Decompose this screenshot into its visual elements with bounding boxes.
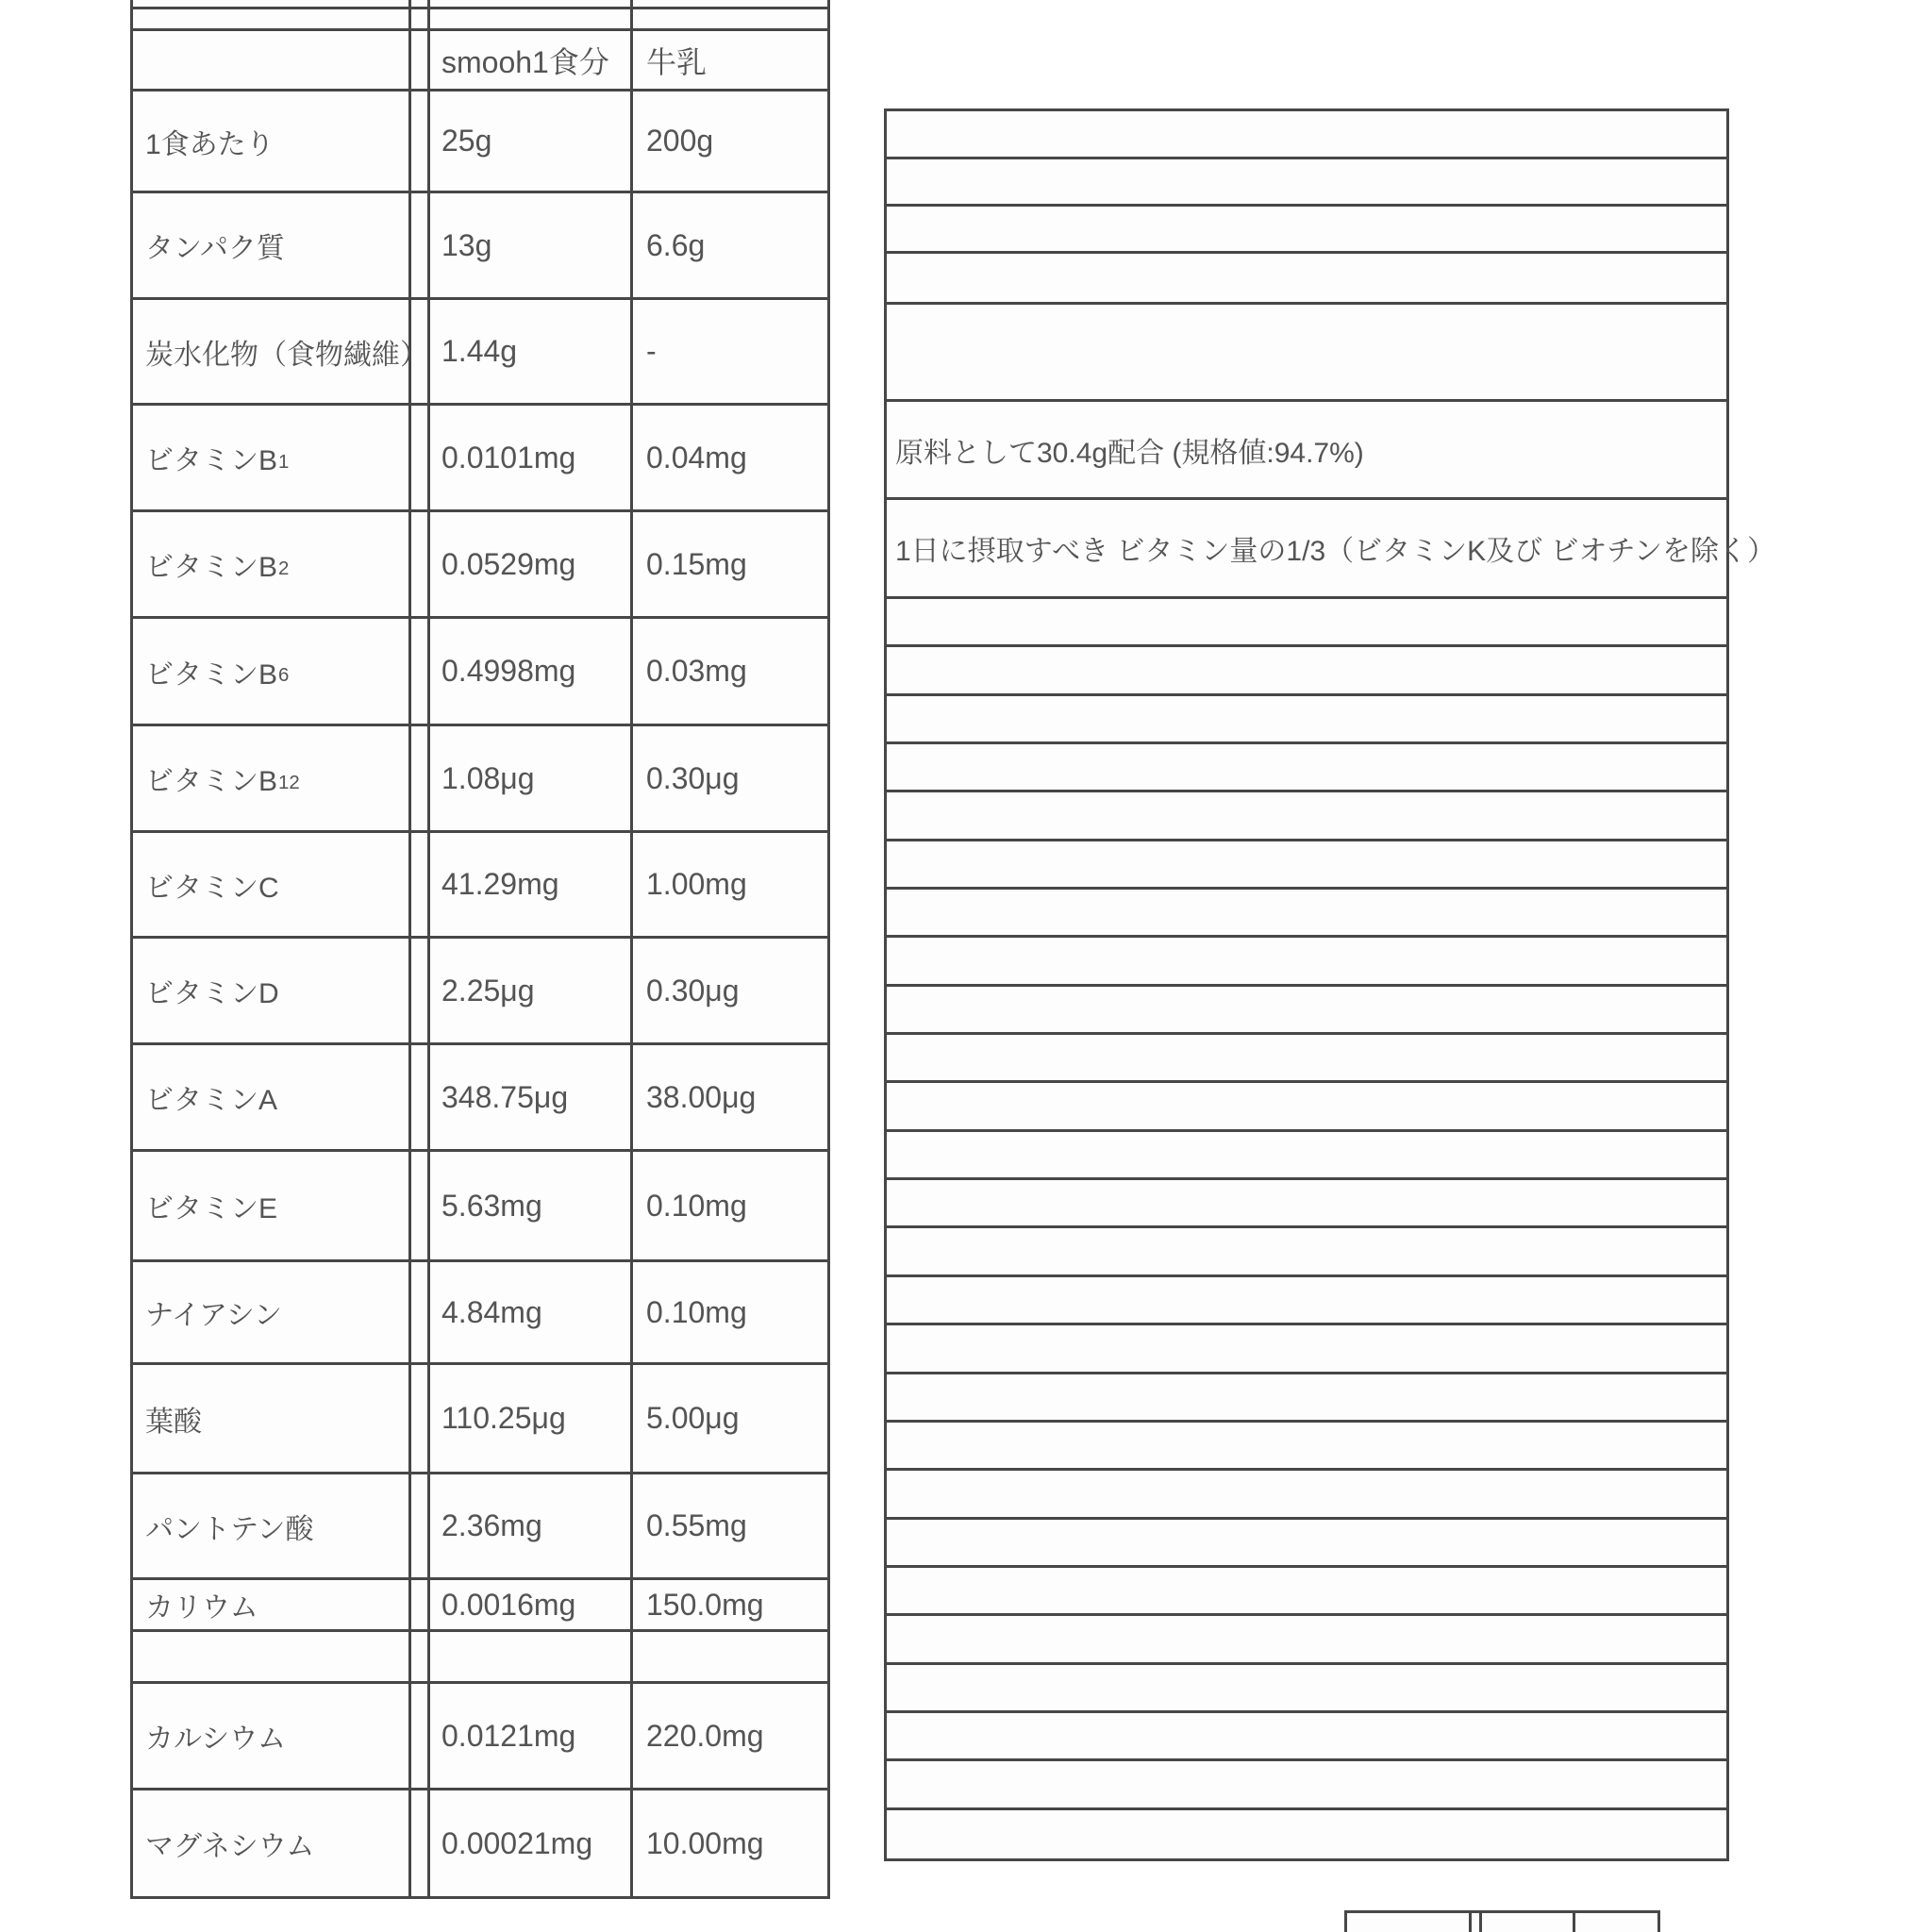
milk-value-cell: 220.0mg [633,1684,827,1788]
nutrient-row: 1食あたり25g200g [133,92,827,193]
milk-value-cell: 10.00mg [633,1790,827,1896]
nutrient-label-cell: タンパク質 [133,193,411,297]
empty-note-row [887,1277,1726,1325]
nutrient-label-cell: ビタミンD [133,939,411,1042]
nutrient-label-cell: マグネシウム [133,1790,411,1896]
nutrient-row: 炭水化物（食物繊維）1.44g- [133,300,827,406]
empty-note-row [887,1132,1726,1180]
product-value-cell: 110.25μg [430,1365,633,1472]
note-row: 原料として30.4g配合 (規格値:94.7%) [887,402,1726,500]
nutrient-row: ビタミンB121.08μg0.30μg [133,726,827,833]
empty-note-row [887,1325,1726,1374]
product-value-cell [430,9,633,28]
empty-note-row [887,647,1726,695]
product-value-cell: 41.29mg [430,833,633,936]
product-value-cell: 5.63mg [430,1152,633,1259]
milk-value-cell: 6.6g [633,193,827,297]
milk-column-header: 牛乳 [633,31,827,89]
notes-table: 原料として30.4g配合 (規格値:94.7%)1日に摂取すべき ビタミン量の1… [884,108,1729,1861]
milk-value-cell: 5.00μg [633,1365,827,1472]
nutrient-label-cell [133,0,411,7]
empty-note-row [887,1761,1726,1809]
narrow-spacer-cell [411,1474,430,1577]
product-value-cell: 0.0121mg [430,1684,633,1788]
narrow-spacer-cell [411,1152,430,1259]
label-subscript: 6 [278,665,289,687]
product-value-cell: 2.25μg [430,939,633,1042]
nutrient-label-cell: ビタミンB2 [133,512,411,616]
narrow-spacer-cell [411,939,430,1042]
nutrient-label-cell: ビタミンC [133,833,411,936]
narrow-spacer-cell [411,0,430,7]
partial-table-value-cell-2 [1575,1913,1657,1932]
narrow-spacer-cell [411,300,430,403]
nutrient-label-cell: カルシウム [133,1684,411,1788]
empty-note-row [887,987,1726,1035]
narrow-spacer-cell [411,406,430,509]
empty-note-row [887,938,1726,986]
product-value-cell: 1.44g [430,300,633,403]
product-value-cell [430,0,633,7]
product-value-cell: 0.0101mg [430,406,633,509]
nutrient-row: カリウム0.0016mg150.0mg [133,1580,827,1632]
nutrient-label-cell [133,31,411,89]
milk-value-cell [633,1632,827,1681]
empty-note-row [887,111,1726,159]
narrow-spacer-cell [411,92,430,191]
milk-value-cell: 38.00μg [633,1045,827,1149]
milk-value-cell [633,0,827,7]
empty-note-row [887,1471,1726,1519]
empty-note-row [887,792,1726,841]
nutrient-label-cell: ビタミンE [133,1152,411,1259]
product-value-cell: 0.0016mg [430,1580,633,1629]
empty-note-row [887,1423,1726,1471]
nutrient-label-cell: カリウム [133,1580,411,1629]
nutrient-label-cell: 1食あたり [133,92,411,191]
nutrition-comparison-table: smooh1食分牛乳1食あたり25g200gタンパク質13g6.6g炭水化物（食… [130,0,830,1899]
milk-value-cell: 0.15mg [633,512,827,616]
milk-value-cell: 0.03mg [633,619,827,724]
narrow-spacer-cell [411,193,430,297]
narrow-spacer-cell [411,512,430,616]
product-column-header: smooh1食分 [430,31,633,89]
label-subscript: 2 [278,558,289,580]
milk-value-cell: 0.04mg [633,406,827,509]
label-subscript: 12 [278,773,300,794]
empty-note-row [887,1083,1726,1131]
nutrient-row: ビタミンB60.4998mg0.03mg [133,619,827,726]
empty-note-row [887,254,1726,305]
milk-value-cell: 200g [633,92,827,191]
product-value-cell: 1.08μg [430,726,633,830]
empty-note-row [887,1616,1726,1664]
narrow-spacer-cell [411,1580,430,1629]
label-subscript: 1 [278,452,289,474]
partial-table-value-cell-1 [1482,1913,1575,1932]
milk-value-cell: - [633,300,827,403]
nutrient-label-cell: ビタミンA [133,1045,411,1149]
product-value-cell: 348.75μg [430,1045,633,1149]
product-value-cell [430,1632,633,1681]
nutrient-row: タンパク質13g6.6g [133,193,827,300]
product-value-cell: 4.84mg [430,1262,633,1362]
nutrient-label-cell: ナイアシン [133,1262,411,1362]
empty-note-row [887,890,1726,938]
narrow-spacer-cell [411,1632,430,1681]
partial-table-label-cell [1347,1913,1472,1932]
empty-note-row [887,159,1726,207]
narrow-spacer-cell [411,9,430,28]
milk-value-cell: 0.55mg [633,1474,827,1577]
nutrient-label-cell [133,1632,411,1681]
partial-table-gap-cell [1472,1913,1482,1932]
nutrient-label-cell: ビタミンB6 [133,619,411,724]
narrow-spacer-cell [411,1262,430,1362]
milk-value-cell: 0.30μg [633,939,827,1042]
empty-note-row [887,1713,1726,1761]
milk-value-cell: 0.30μg [633,726,827,830]
product-value-cell: 0.0529mg [430,512,633,616]
narrow-spacer-cell [411,1684,430,1788]
product-value-cell: 0.4998mg [430,619,633,724]
nutrient-row: ナイアシン4.84mg0.10mg [133,1262,827,1365]
empty-note-row [887,1810,1726,1858]
product-value-cell: 2.36mg [430,1474,633,1577]
nutrient-row: マグネシウム0.00021mg10.00mg [133,1790,827,1899]
milk-value-cell: 0.10mg [633,1152,827,1259]
bottom-right-partial-table [1344,1910,1660,1932]
narrow-spacer-cell [411,619,430,724]
empty-note-row [887,1568,1726,1616]
empty-note-row [887,1520,1726,1568]
nutrient-label-cell: ビタミンB12 [133,726,411,830]
narrow-spacer-cell [411,833,430,936]
empty-note-row [887,744,1726,792]
note-row: 1日に摂取すべき ビタミン量の1/3（ビタミンK及び ビオチンを除く） [887,500,1726,599]
nutrient-label-cell [133,9,411,28]
narrow-spacer-cell [411,31,430,89]
nutrient-row: ビタミンD2.25μg0.30μg [133,939,827,1045]
nutrient-label-cell: パントテン酸 [133,1474,411,1577]
narrow-spacer-cell [411,1790,430,1896]
empty-note-row [887,696,1726,744]
empty-row [133,1632,827,1684]
nutrient-row: ビタミンB10.0101mg0.04mg [133,406,827,512]
product-value-cell: 25g [430,92,633,191]
milk-value-cell: 1.00mg [633,833,827,936]
nutrient-row: ビタミンC41.29mg1.00mg [133,833,827,939]
milk-value-cell: 150.0mg [633,1580,827,1629]
empty-note-row [887,1665,1726,1713]
nutrient-row: 葉酸110.25μg5.00μg [133,1365,827,1474]
empty-note-row [887,1035,1726,1083]
empty-row [133,0,827,9]
nutrient-row: ビタミンB20.0529mg0.15mg [133,512,827,619]
nutrient-label-cell: 葉酸 [133,1365,411,1472]
milk-value-cell: 0.10mg [633,1262,827,1362]
product-value-cell: 13g [430,193,633,297]
empty-note-row [887,207,1726,254]
header-row: smooh1食分牛乳 [133,31,827,92]
narrow-spacer-cell [411,1365,430,1472]
empty-note-row [887,1180,1726,1228]
empty-note-row [887,305,1726,402]
product-value-cell: 0.00021mg [430,1790,633,1896]
empty-note-row [887,1374,1726,1423]
narrow-spacer-cell [411,726,430,830]
empty-note-row [887,1228,1726,1276]
nutrient-row: パントテン酸2.36mg0.55mg [133,1474,827,1580]
empty-note-row [887,599,1726,647]
milk-value-cell [633,9,827,28]
nutrient-row: カルシウム0.0121mg220.0mg [133,1684,827,1790]
nutrient-row: ビタミンA348.75μg38.00μg [133,1045,827,1152]
empty-row [133,9,827,31]
empty-note-row [887,841,1726,890]
nutrient-row: ビタミンE5.63mg0.10mg [133,1152,827,1262]
nutrient-label-cell: ビタミンB1 [133,406,411,509]
nutrient-label-cell: 炭水化物（食物繊維） [133,300,411,403]
narrow-spacer-cell [411,1045,430,1149]
